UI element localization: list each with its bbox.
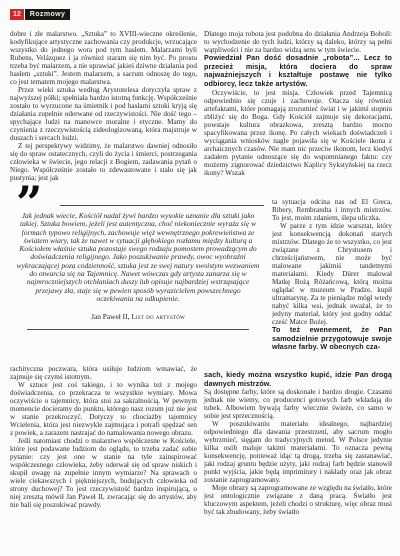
quote-mark-icon: ” — [16, 180, 42, 226]
interview-question: Powiedział Pan dość dosadnie „robota”...… — [204, 54, 392, 89]
article-paragraph: Przez wieki sztuka według Arystotelesa d… — [10, 86, 197, 142]
right-column-narrow: ta sytuacja odcina nas od El Greca, Ribe… — [272, 198, 392, 352]
article-paragraph: Jeśli natomiast chodzi o malarstwo współ… — [10, 437, 197, 509]
divider — [27, 329, 249, 330]
quote-attribution: Jan Paweł II, List do artystów — [10, 312, 266, 321]
article-paragraph: W sztuce jest coś takiego, i to wynika t… — [10, 381, 197, 437]
section-header: 12 Rozmowy — [10, 9, 70, 20]
divider — [60, 205, 264, 206]
article-paragraph: rachityczna poczwara, która usiłuje ludz… — [10, 365, 197, 381]
article-paragraph: W parze z tym idzie warsztat, który jest… — [272, 222, 392, 326]
page-number-badge: 12 — [10, 9, 24, 20]
interview-question: sach, kiedy można wszystko kupić, idzie … — [204, 371, 392, 388]
article-paragraph: W poszukiwaniu materiału idealnego, najb… — [204, 420, 392, 484]
article-paragraph: Są dostępne farby, które są doskonałe i … — [204, 388, 392, 420]
right-column-bottom: sach, kiedy można wszystko kupić, idzie … — [204, 371, 392, 516]
section-label: Rozmowy — [25, 9, 70, 20]
pull-quote-text: Jak jednak wiecie, Kościół nadal żywi ba… — [16, 212, 260, 303]
quote-author: Jan Paweł II, — [91, 312, 131, 321]
article-paragraph: Dlatego moja robota jest podobna do dzia… — [204, 30, 392, 54]
article-paragraph: dobre i złe malarstwo. „Sztuka” to XVIII… — [10, 30, 197, 86]
right-column-top: Dlatego moja robota jest podobna do dzia… — [204, 30, 392, 177]
quote-work-title: List do artystów — [131, 312, 185, 321]
left-column-bottom: rachityczna poczwara, która usiłuje ludz… — [10, 365, 197, 509]
pull-quote: ” Jak jednak wiecie, Kościół nadal żywi … — [10, 196, 266, 330]
article-paragraph: Moje obrazy są zaprogramowane ze względu… — [204, 484, 392, 516]
article-paragraph: ta sytuacja odcina nas od El Greca, Ribe… — [272, 198, 392, 222]
interview-question: To też ewenement, że Pan samodzielnie pr… — [272, 326, 392, 352]
left-column-top: dobre i złe malarstwo. „Sztuka” to XVIII… — [10, 30, 197, 182]
magazine-page: 12 Rozmowy dobre i złe malarstwo. „Sztuk… — [0, 0, 400, 556]
article-paragraph: Oczywiście, to jest misja. Człowiek prze… — [204, 89, 392, 177]
